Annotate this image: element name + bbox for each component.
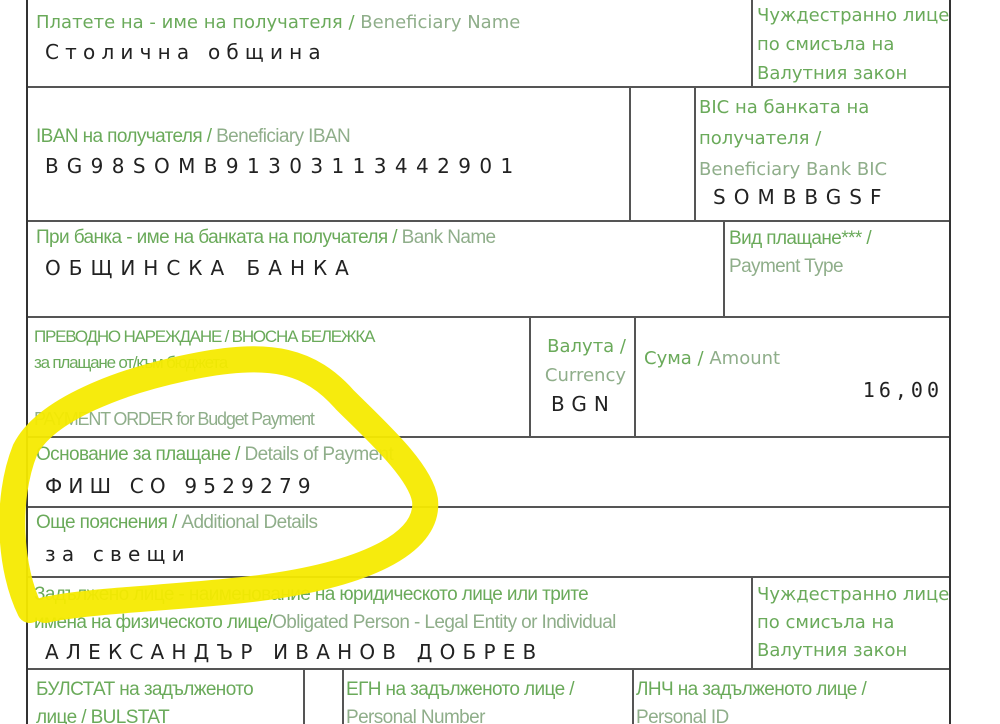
bank-name-value[interactable]: ОБЩИНСКА БАНКА [45, 256, 357, 280]
bulstat-cell[interactable]: БУЛСТАТ на задълженото лице / BULSTAT [28, 670, 303, 724]
payment-order-form: Платете на - име на получателя / Benefic… [26, 0, 951, 724]
lnch-cell[interactable]: ЛНЧ на задълженото лице / Personal ID [634, 670, 949, 724]
label-line: Beneficiary Bank BIC [699, 154, 887, 185]
payment-details-value[interactable]: ФИШ СО 9529279 [45, 474, 317, 498]
label-en: Beneficiary IBAN [216, 126, 350, 147]
label-line: лице / BULSTAT [36, 704, 253, 724]
amount-cell: Сума / Amount 16,00 [634, 318, 949, 438]
label-bg: Още пояснения / [36, 512, 181, 533]
label-line: Personal ID [636, 704, 866, 724]
label-line: Валута / [545, 332, 626, 361]
currency-label: Валута / Currency [545, 332, 626, 390]
payment-details-cell: Основание за плащане / Details of Paymen… [28, 438, 949, 508]
label-line: получателя / [699, 123, 887, 154]
additional-details-cell: Още пояснения / Additional Details за св… [28, 508, 949, 578]
label-bg: Сума / [644, 348, 709, 369]
label-line: Чуждестранно лице [757, 581, 949, 609]
payment-details-label: Основание за плащане / Details of Paymen… [36, 442, 393, 468]
label-en: Bank Name [402, 227, 496, 248]
beneficiary-name-value[interactable]: Столична община [45, 40, 327, 64]
foreign-person-bottom-cell[interactable]: Чуждестранно лице по смисъла на Валутния… [751, 578, 949, 670]
label-line: Payment Type [729, 253, 871, 281]
currency-value[interactable]: BGN [551, 392, 616, 416]
bank-name-label: При банка - име на банката на получателя… [36, 225, 496, 251]
iban-value[interactable]: BG98SOMB91303113442901 [45, 154, 522, 178]
egn-label: ЕГН на задълженото лице / Personal Numbe… [346, 676, 574, 724]
label-line: по смисъла на [757, 30, 949, 59]
label-en: Amount [709, 348, 780, 369]
divider [303, 670, 305, 724]
obligated-person-value[interactable]: АЛЕКСАНДЪР ИВАНОВ ДОБРЕВ [45, 640, 543, 664]
label-line: Вид плащане*** / [729, 225, 871, 253]
order-title-line: за плащане от/към бюджета [34, 350, 374, 376]
egn-cell[interactable]: ЕГН на задълженото лице / Personal Numbe… [344, 670, 634, 724]
label-en: Beneficiary Name [360, 12, 520, 33]
label-line: Personal Number [346, 704, 574, 724]
additional-details-label: Още пояснения / Additional Details [36, 510, 317, 536]
beneficiary-name-cell: Платете на - име на получателя / Benefic… [28, 0, 751, 88]
order-title-line: ПРЕВОДНО НАРЕЖДАНЕ / ВНОСНА БЕЛЕЖКА [34, 324, 374, 350]
order-title-line: PAYMENT ORDER for Budget Payment [34, 406, 374, 432]
foreign-person-top-cell[interactable]: Чуждестранно лице по смисъла на Валутния… [751, 0, 949, 88]
foreign-person-top-label: Чуждестранно лице по смисъла на Валутния… [757, 1, 949, 88]
order-title-cell: ПРЕВОДНО НАРЕЖДАНЕ / ВНОСНА БЕЛЕЖКА за п… [28, 318, 529, 438]
iban-label: IBAN на получателя / Beneficiary IBAN [36, 124, 350, 150]
bulstat-label: БУЛСТАТ на задълженото лице / BULSTAT [36, 676, 253, 724]
amount-label: Сума / Amount [644, 346, 780, 372]
additional-details-value[interactable]: за свещи [45, 542, 191, 566]
label-line: Валутния закон [757, 637, 949, 665]
label-line: по смисъла на [757, 609, 949, 637]
bic-value[interactable]: SOMBBGSF [713, 185, 889, 209]
label-bg: имена на физическото лице/ [34, 612, 272, 633]
obligated-person-label: Задължено лице - наименование на юридиче… [34, 581, 616, 637]
label-en: Additional Details [181, 512, 317, 533]
label-line: Currency [545, 361, 626, 390]
beneficiary-name-label: Платете на - име на получателя / Benefic… [36, 10, 520, 36]
label-line: Задължено лице - наименование на юридиче… [34, 581, 616, 609]
payment-type-label: Вид плащане*** / Payment Type [729, 225, 871, 281]
bic-label: BIC на банката на получателя / Beneficia… [699, 92, 887, 185]
payment-type-cell[interactable]: Вид плащане*** / Payment Type [723, 222, 949, 318]
currency-cell: Валута / Currency BGN [529, 318, 634, 438]
bank-name-cell: При банка - име на банката на получателя… [28, 222, 723, 318]
bic-cell: BIC на банката на получателя / Beneficia… [631, 88, 949, 222]
label-bg: Основание за плащане / [36, 444, 245, 465]
amount-value[interactable]: 16,00 [863, 378, 943, 402]
order-title: ПРЕВОДНО НАРЕЖДАНЕ / ВНОСНА БЕЛЕЖКА за п… [34, 324, 374, 432]
label-line: BIC на банката на [699, 92, 887, 123]
label-line: ЕГН на задълженото лице / [346, 676, 574, 704]
label-en: Obligated Person - Legal Entity or Indiv… [272, 612, 616, 633]
label-bg: Платете на - име на получателя / [36, 12, 360, 33]
label-line: БУЛСТАТ на задълженото [36, 676, 253, 704]
label-en: Details of Payment [245, 444, 394, 465]
lnch-label: ЛНЧ на задълженото лице / Personal ID [636, 676, 866, 724]
label-line: Чуждестранно лице [757, 1, 949, 30]
foreign-person-bottom-label: Чуждестранно лице по смисъла на Валутния… [757, 581, 949, 665]
obligated-person-cell: Задължено лице - наименование на юридиче… [28, 578, 751, 670]
label-bg: При банка - име на банката на получателя… [36, 227, 402, 248]
label-line: ЛНЧ на задълженото лице / [636, 676, 866, 704]
label-line: Валутния закон [757, 59, 949, 88]
label-bg: IBAN на получателя / [36, 126, 216, 147]
iban-cell: IBAN на получателя / Beneficiary IBAN BG… [28, 88, 631, 222]
